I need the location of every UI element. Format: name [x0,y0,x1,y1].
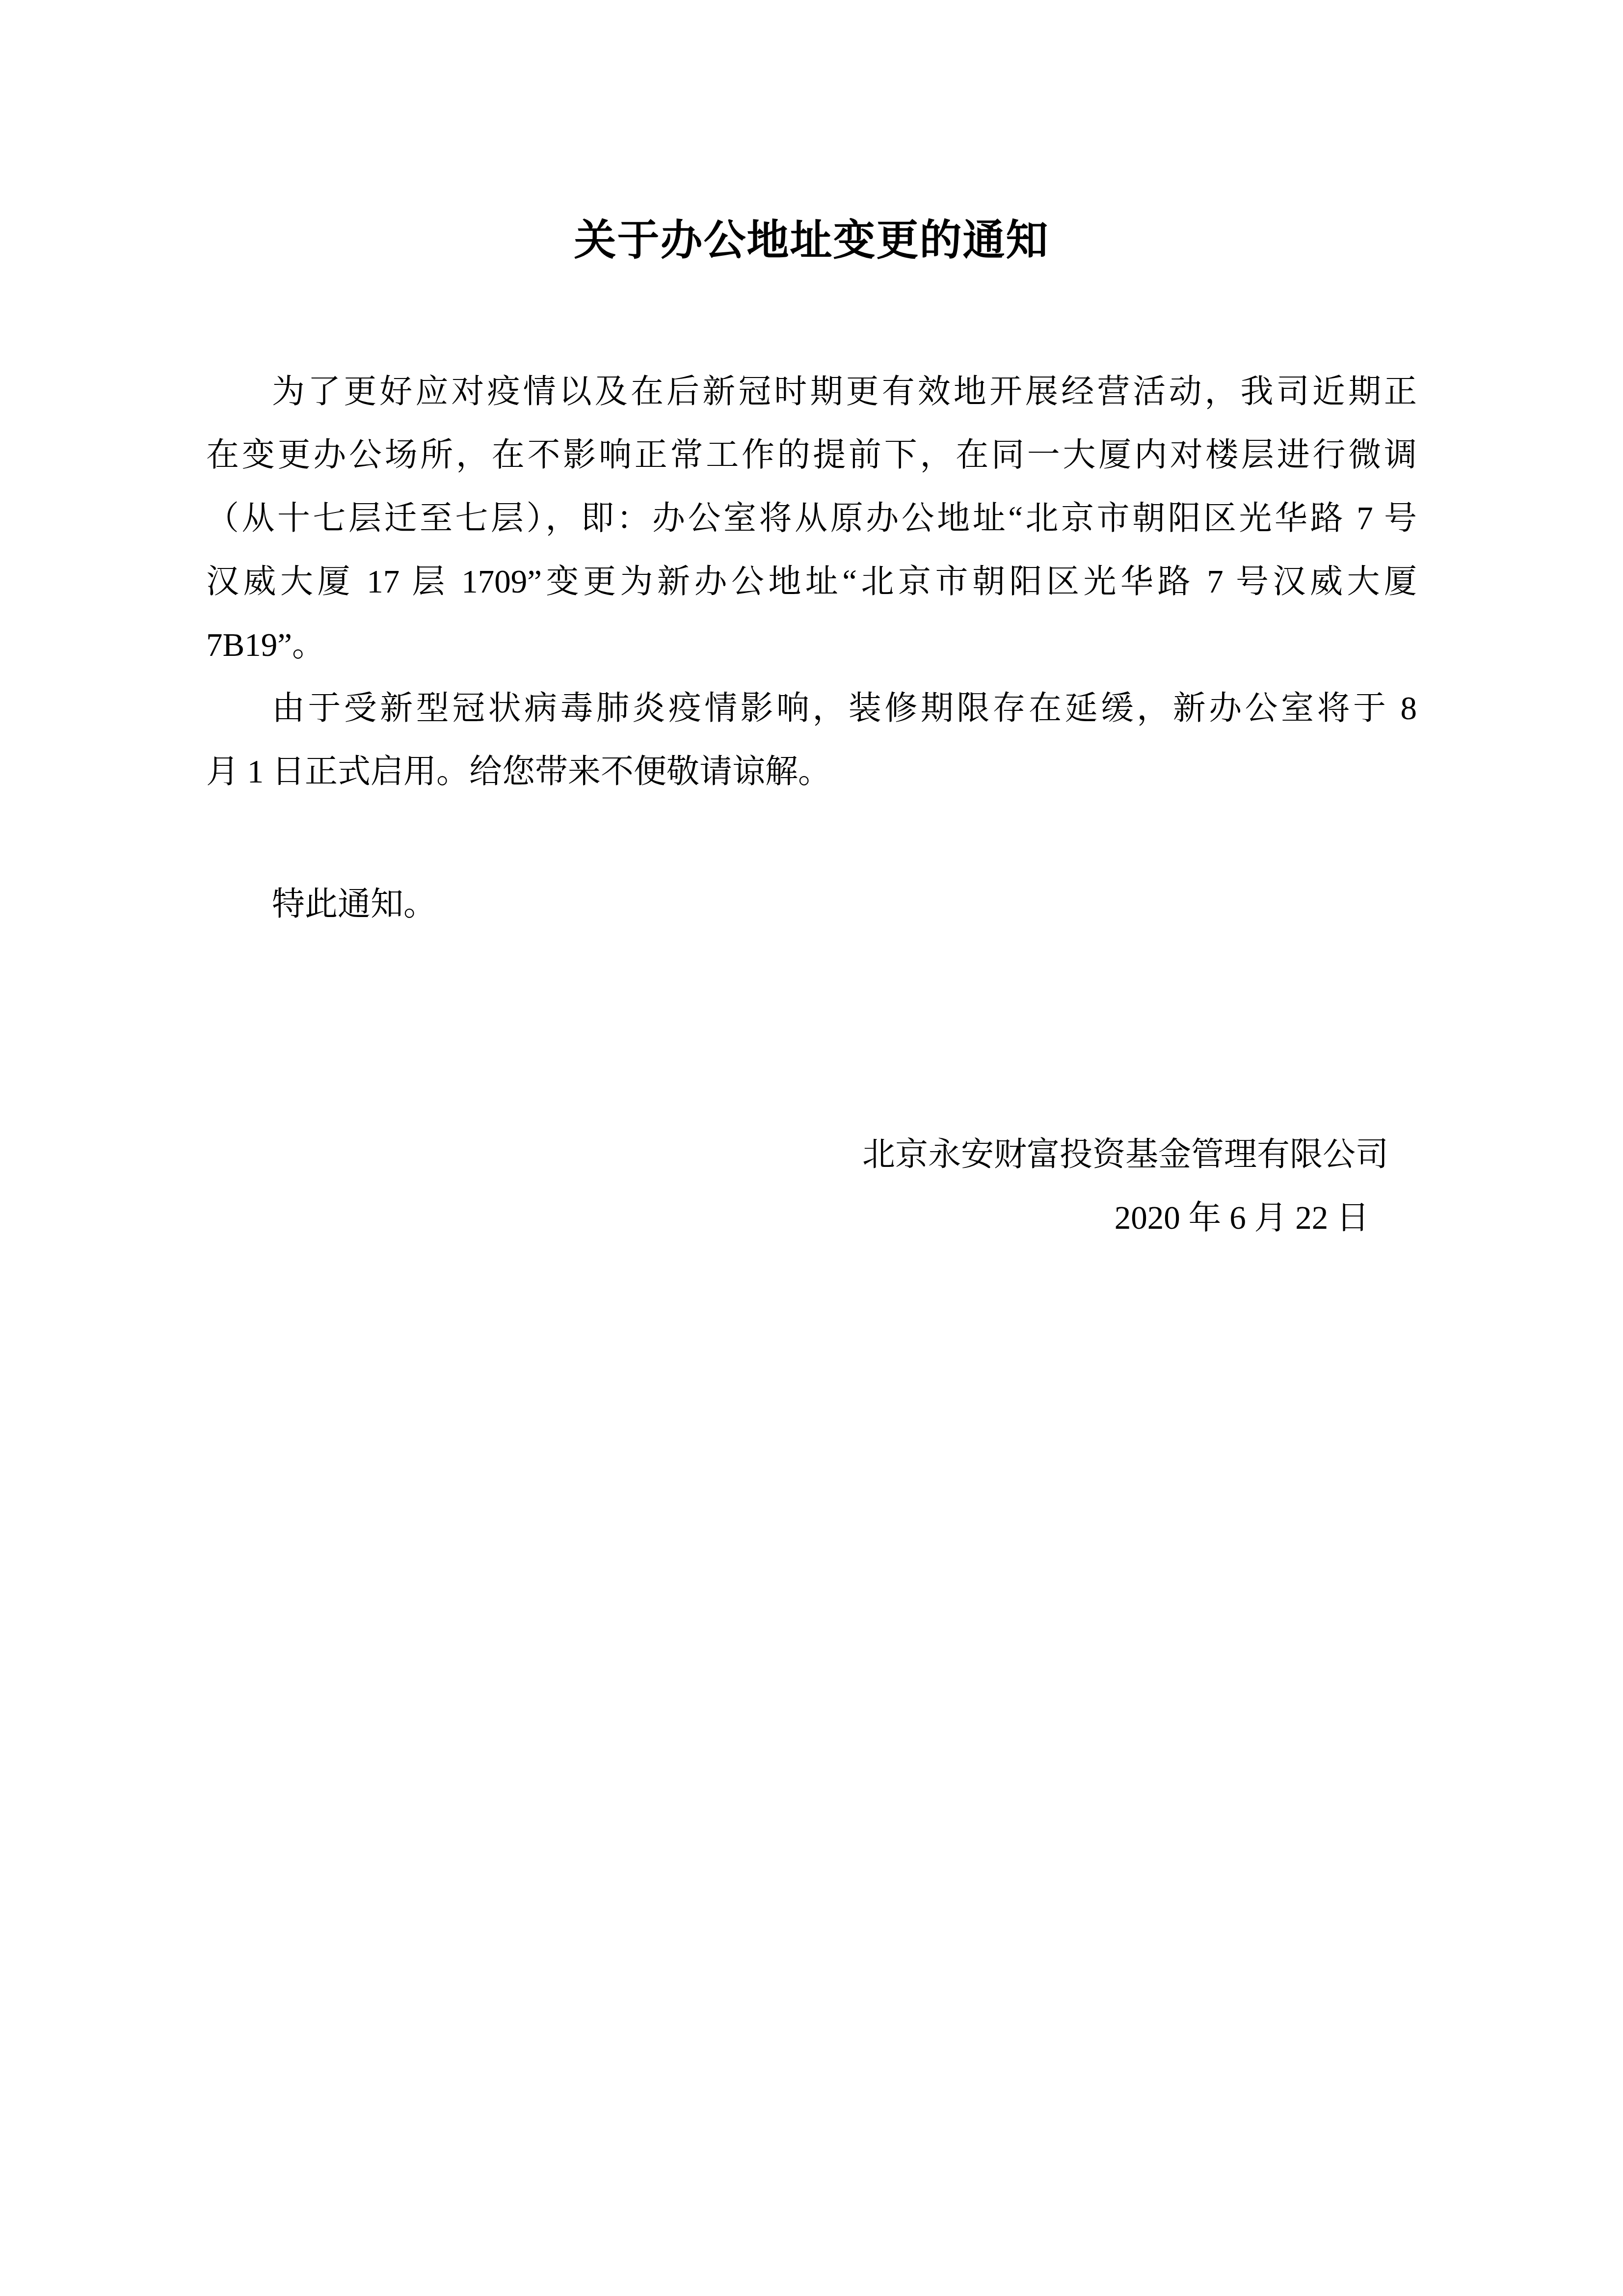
text-line: 月 1 日正式启用。给您带来不便敬请谅解。 [206,740,1417,804]
text-line: 汉威大厦 17 层 1709”变更为新办公地址“北京市朝阳区光华路 7 号汉威大… [206,550,1417,614]
text-line: 为了更好应对疫情以及在后新冠时期更有效地开展经营活动，我司近期正 [206,360,1417,424]
text-line: 7B19”。 [206,614,1417,677]
paragraph-office-change: 为了更好应对疫情以及在后新冠时期更有效地开展经营活动，我司近期正 在变更办公场所… [206,360,1417,677]
document-body: 为了更好应对疫情以及在后新冠时期更有效地开展经营活动，我司近期正 在变更办公场所… [206,360,1417,936]
document-title: 关于办公地址变更的通知 [206,216,1417,265]
text-line: 在变更办公场所，在不影响正常工作的提前下，在同一大厦内对楼层进行微调 [206,424,1417,487]
signature-date: 2020 年 6 月 22 日 [206,1187,1417,1250]
paragraph-renovation-delay: 由于受新型冠状病毒肺炎疫情影响，装修期限存在延缓，新办公室将于 8 月 1 日正… [206,677,1417,804]
text-line: 由于受新型冠状病毒肺炎疫情影响，装修期限存在延缓，新办公室将于 8 [206,677,1417,740]
text-line: （从十七层迁至七层），即：办公室将从原办公地址“北京市朝阳区光华路 7 号 [206,487,1417,550]
closing-statement: 特此通知。 [206,873,1417,936]
signature-block: 北京永安财富投资基金管理有限公司 2020 年 6 月 22 日 [206,1123,1417,1250]
company-name: 北京永安财富投资基金管理有限公司 [206,1123,1417,1187]
notice-document-page: 关于办公地址变更的通知 为了更好应对疫情以及在后新冠时期更有效地开展经营活动，我… [0,0,1623,2296]
